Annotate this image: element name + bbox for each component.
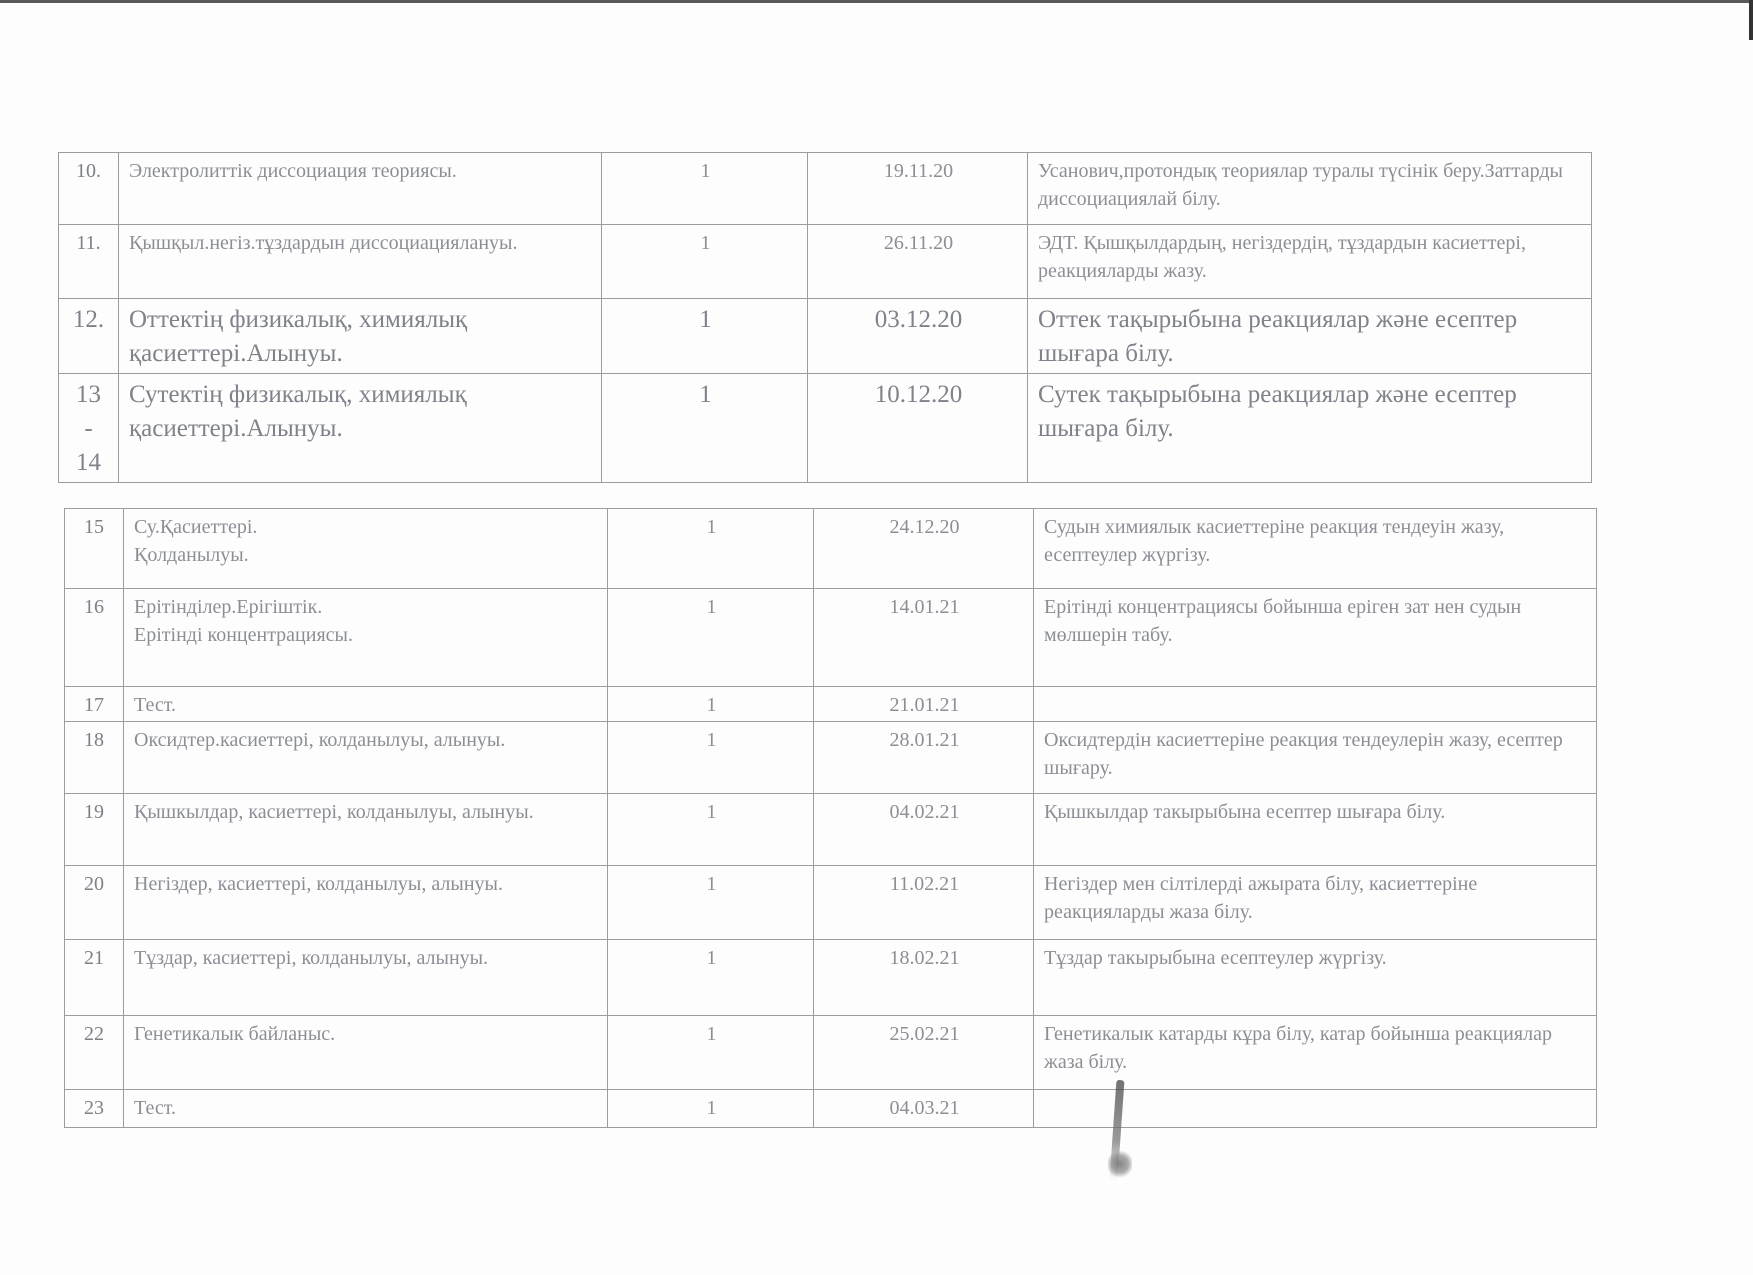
lesson-number-start: 13 (61, 378, 116, 412)
lesson-plan-table-2: 15Су.Қасиеттері.Қолданылуы.124.12.20Суды… (64, 508, 1597, 1128)
lesson-goal: Судын химиялык касиеттеріне реакция тенд… (1034, 509, 1597, 589)
lesson-topic: Тест. (124, 687, 608, 722)
lesson-number: 22 (65, 1016, 124, 1090)
lesson-hours: 1 (602, 153, 808, 225)
lesson-hours: 1 (608, 866, 814, 940)
lesson-number: 11. (59, 225, 119, 299)
lesson-topic-line: Генетикалык байланыс. (134, 1020, 599, 1048)
ink-mark (1108, 1150, 1132, 1178)
lesson-date: 18.02.21 (814, 940, 1034, 1016)
table-row: 19Қышкылдар, касиеттері, колданылуы, алы… (65, 794, 1597, 866)
lesson-date: 04.02.21 (814, 794, 1034, 866)
lesson-hours: 1 (608, 940, 814, 1016)
lesson-topic-line: Ерітінді концентрациясы. (134, 621, 599, 649)
lesson-hours: 1 (602, 299, 808, 374)
lesson-number: 12. (59, 299, 119, 374)
lesson-number: 10. (59, 153, 119, 225)
lesson-goal: Генетикалык катарды кұра білу, катар бой… (1034, 1016, 1597, 1090)
table-row: 22Генетикалык байланыс.125.02.21Генетика… (65, 1016, 1597, 1090)
lesson-hours: 1 (608, 1016, 814, 1090)
lesson-topic-line: Оксидтер.касиеттері, колданылуы, алынуы. (134, 726, 599, 754)
lesson-number: 21 (65, 940, 124, 1016)
lesson-hours: 1 (608, 722, 814, 794)
lesson-date: 26.11.20 (808, 225, 1028, 299)
lesson-topic: Тұздар, касиеттері, колданылуы, алынуы. (124, 940, 608, 1016)
lesson-goal (1034, 687, 1597, 722)
table-row: 10. Электролиттік диссоциация теориясы. … (59, 153, 1592, 225)
table-row: 13 - 14 Сутектің физикалық, химиялық қас… (59, 374, 1592, 483)
lesson-hours: 1 (602, 374, 808, 483)
table-row: 15Су.Қасиеттері.Қолданылуы.124.12.20Суды… (65, 509, 1597, 589)
lesson-hours: 1 (608, 794, 814, 866)
lesson-topic: Тест. (124, 1090, 608, 1128)
lesson-number: 17 (65, 687, 124, 722)
scan-edge (0, 0, 1753, 3)
lesson-topic: Оксидтер.касиеттері, колданылуы, алынуы. (124, 722, 608, 794)
lesson-number: 18 (65, 722, 124, 794)
table-row: 21Тұздар, касиеттері, колданылуы, алынуы… (65, 940, 1597, 1016)
lesson-hours: 1 (608, 589, 814, 687)
lesson-date: 24.12.20 (814, 509, 1034, 589)
lesson-topic: Қышкылдар, касиеттері, колданылуы, алыну… (124, 794, 608, 866)
lesson-topic-line: Су.Қасиеттері. (134, 513, 599, 541)
lesson-plan-table-1: 10. Электролиттік диссоциация теориясы. … (58, 152, 1592, 483)
table-row: 11. Қышқыл.негіз.тұздардын диссоциацияла… (59, 225, 1592, 299)
lesson-number: 15 (65, 509, 124, 589)
lesson-topic: Су.Қасиеттері.Қолданылуы. (124, 509, 608, 589)
table-row: 16Ерітінділер.Ерігіштік.Ерітінді концент… (65, 589, 1597, 687)
lesson-topic: Негіздер, касиеттері, колданылуы, алынуы… (124, 866, 608, 940)
lesson-number: 16 (65, 589, 124, 687)
lesson-goal: Оттек тақырыбына реакциялар және есептер… (1028, 299, 1592, 374)
lesson-goal: Негіздер мен сілтілерді ажырата білу, ка… (1034, 866, 1597, 940)
lesson-goal: Тұздар такырыбына есептеулер жүргізу. (1034, 940, 1597, 1016)
table-row: 23Тест.104.03.21 (65, 1090, 1597, 1128)
lesson-topic: Генетикалык байланыс. (124, 1016, 608, 1090)
lesson-topic: Ерітінділер.Ерігіштік.Ерітінді концентра… (124, 589, 608, 687)
lesson-date: 21.01.21 (814, 687, 1034, 722)
lesson-number: 23 (65, 1090, 124, 1128)
lesson-hours: 1 (608, 509, 814, 589)
lesson-date: 03.12.20 (808, 299, 1028, 374)
lesson-topic-line: Тест. (134, 691, 599, 719)
lesson-topic-line: Қолданылуы. (134, 541, 599, 569)
lesson-goal: Ерітінді концентрациясы бойынша еріген з… (1034, 589, 1597, 687)
lesson-date: 04.03.21 (814, 1090, 1034, 1128)
table-row: 17Тест.121.01.21 (65, 687, 1597, 722)
lesson-number-dash: - (61, 412, 116, 446)
lesson-goal: Оксидтердін касиеттеріне реакция тендеул… (1034, 722, 1597, 794)
lesson-date: 25.02.21 (814, 1016, 1034, 1090)
scan-edge (1749, 0, 1753, 40)
lesson-topic-line: Тест. (134, 1094, 599, 1122)
lesson-number-end: 14 (61, 446, 116, 480)
lesson-goal: Усанович,протондық теориялар туралы түсі… (1028, 153, 1592, 225)
lesson-topic-line: Негіздер, касиеттері, колданылуы, алынуы… (134, 870, 599, 898)
lesson-date: 19.11.20 (808, 153, 1028, 225)
lesson-hours: 1 (602, 225, 808, 299)
lesson-date: 11.02.21 (814, 866, 1034, 940)
lesson-topic: Оттектің физикалық, химиялық қасиеттері.… (119, 299, 602, 374)
table-row: 20Негіздер, касиеттері, колданылуы, алын… (65, 866, 1597, 940)
lesson-topic: Қышқыл.негіз.тұздардын диссоциациялануы. (119, 225, 602, 299)
lesson-hours: 1 (608, 1090, 814, 1128)
lesson-date: 10.12.20 (808, 374, 1028, 483)
lesson-date: 28.01.21 (814, 722, 1034, 794)
table-row: 12. Оттектің физикалық, химиялық қасиетт… (59, 299, 1592, 374)
lesson-goal: Сутек тақырыбына реакциялар және есептер… (1028, 374, 1592, 483)
lesson-topic-line: Қышкылдар, касиеттері, колданылуы, алыну… (134, 798, 599, 826)
lesson-goal: ЭДТ. Қышқылдардың, негіздердің, тұздарды… (1028, 225, 1592, 299)
lesson-goal: Қышкылдар такырыбына есептер шығара білу… (1034, 794, 1597, 866)
lesson-number: 20 (65, 866, 124, 940)
lesson-hours: 1 (608, 687, 814, 722)
table-row: 18Оксидтер.касиеттері, колданылуы, алыну… (65, 722, 1597, 794)
lesson-topic: Электролиттік диссоциация теориясы. (119, 153, 602, 225)
lesson-number: 19 (65, 794, 124, 866)
lesson-topic-line: Ерітінділер.Ерігіштік. (134, 593, 599, 621)
lesson-topic-line: Тұздар, касиеттері, колданылуы, алынуы. (134, 944, 599, 972)
lesson-number: 13 - 14 (59, 374, 119, 483)
lesson-topic: Сутектің физикалық, химиялық қасиеттері.… (119, 374, 602, 483)
lesson-date: 14.01.21 (814, 589, 1034, 687)
